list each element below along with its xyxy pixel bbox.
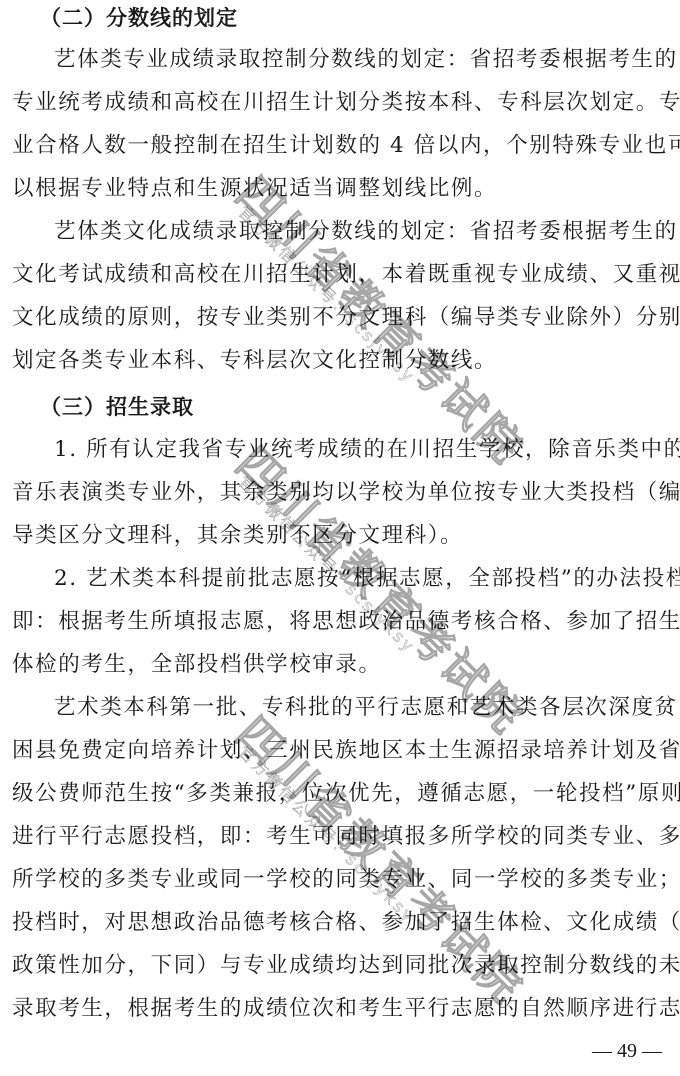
paragraph-line: 音乐表演类专业外，其余类别均以学校为单位按专业大类投档（编 xyxy=(12,478,668,508)
paragraph-line: 艺体类专业成绩录取控制分数线的划定：省招考委根据考生的 xyxy=(54,45,680,75)
paragraph-line: 专业统考成绩和高校在川招生计划分类按本科、专科层次划定。专 xyxy=(12,88,668,118)
page-number: — 49 — xyxy=(592,1040,662,1063)
paragraph-line: 文化成绩的原则，按专业类别不分文理科（编导类专业除外）分别 xyxy=(12,303,668,333)
document-page: （二）分数线的划定 艺体类专业成绩录取控制分数线的划定：省招考委根据考生的 专业… xyxy=(0,0,680,1076)
paragraph-line: 即：根据考生所填报志愿，将思想政治品德考核合格、参加了招生 xyxy=(12,607,668,637)
paragraph-line: 划定各类专业本科、专科层次文化控制分数线。 xyxy=(12,346,668,376)
paragraph-line: 艺术类本科第一批、专科批的平行志愿和艺术类各层次深度贫 xyxy=(54,693,680,723)
paragraph-line: 所学校的多类专业或同一学校的同类专业、同一学校的多类专业； xyxy=(12,865,668,895)
paragraph-line: 导类区分文理科，其余类别不区分文理科）。 xyxy=(12,521,668,551)
paragraph-line: 文化考试成绩和高校在川招生计划，本着既重视专业成绩、又重视 xyxy=(12,260,668,290)
paragraph-line: 以根据专业特点和生源状况适当调整划线比例。 xyxy=(12,174,668,204)
paragraph-line: 录取考生，根据考生的成绩位次和考生平行志愿的自然顺序进行志 xyxy=(12,994,668,1024)
paragraph-line: 级公费师范生按“多类兼报，位次优先，遵循志愿，一轮投档”原则 xyxy=(12,779,668,809)
paragraph-line: 2. 艺术类本科提前批志愿按“根据志愿，全部投档”的办法投档。 xyxy=(54,564,680,594)
paragraph-line: 艺体类文化成绩录取控制分数线的划定：省招考委根据考生的 xyxy=(54,217,680,247)
paragraph-line: 困县免费定向培养计划、三州民族地区本土生源招录培养计划及省 xyxy=(12,736,668,766)
section-heading: （二）分数线的划定 xyxy=(40,3,680,33)
paragraph-line: 业合格人数一般控制在招生计划数的 4 倍以内，个别特殊专业也可 xyxy=(12,131,668,161)
paragraph-line: 体检的考生，全部投档供学校审录。 xyxy=(12,650,668,680)
paragraph-line: 进行平行志愿投档，即：考生可同时填报多所学校的同类专业、多 xyxy=(12,822,668,852)
paragraph-line: 投档时，对思想政治品德考核合格、参加了招生体检、文化成绩（含 xyxy=(12,908,668,938)
paragraph-line: 政策性加分，下同）与专业成绩均达到同批次录取控制分数线的未 xyxy=(12,951,668,981)
section-heading: （三）招生录取 xyxy=(40,392,680,422)
paragraph-line: 1. 所有认定我省专业统考成绩的在川招生学校，除音乐类中的 xyxy=(54,435,680,465)
